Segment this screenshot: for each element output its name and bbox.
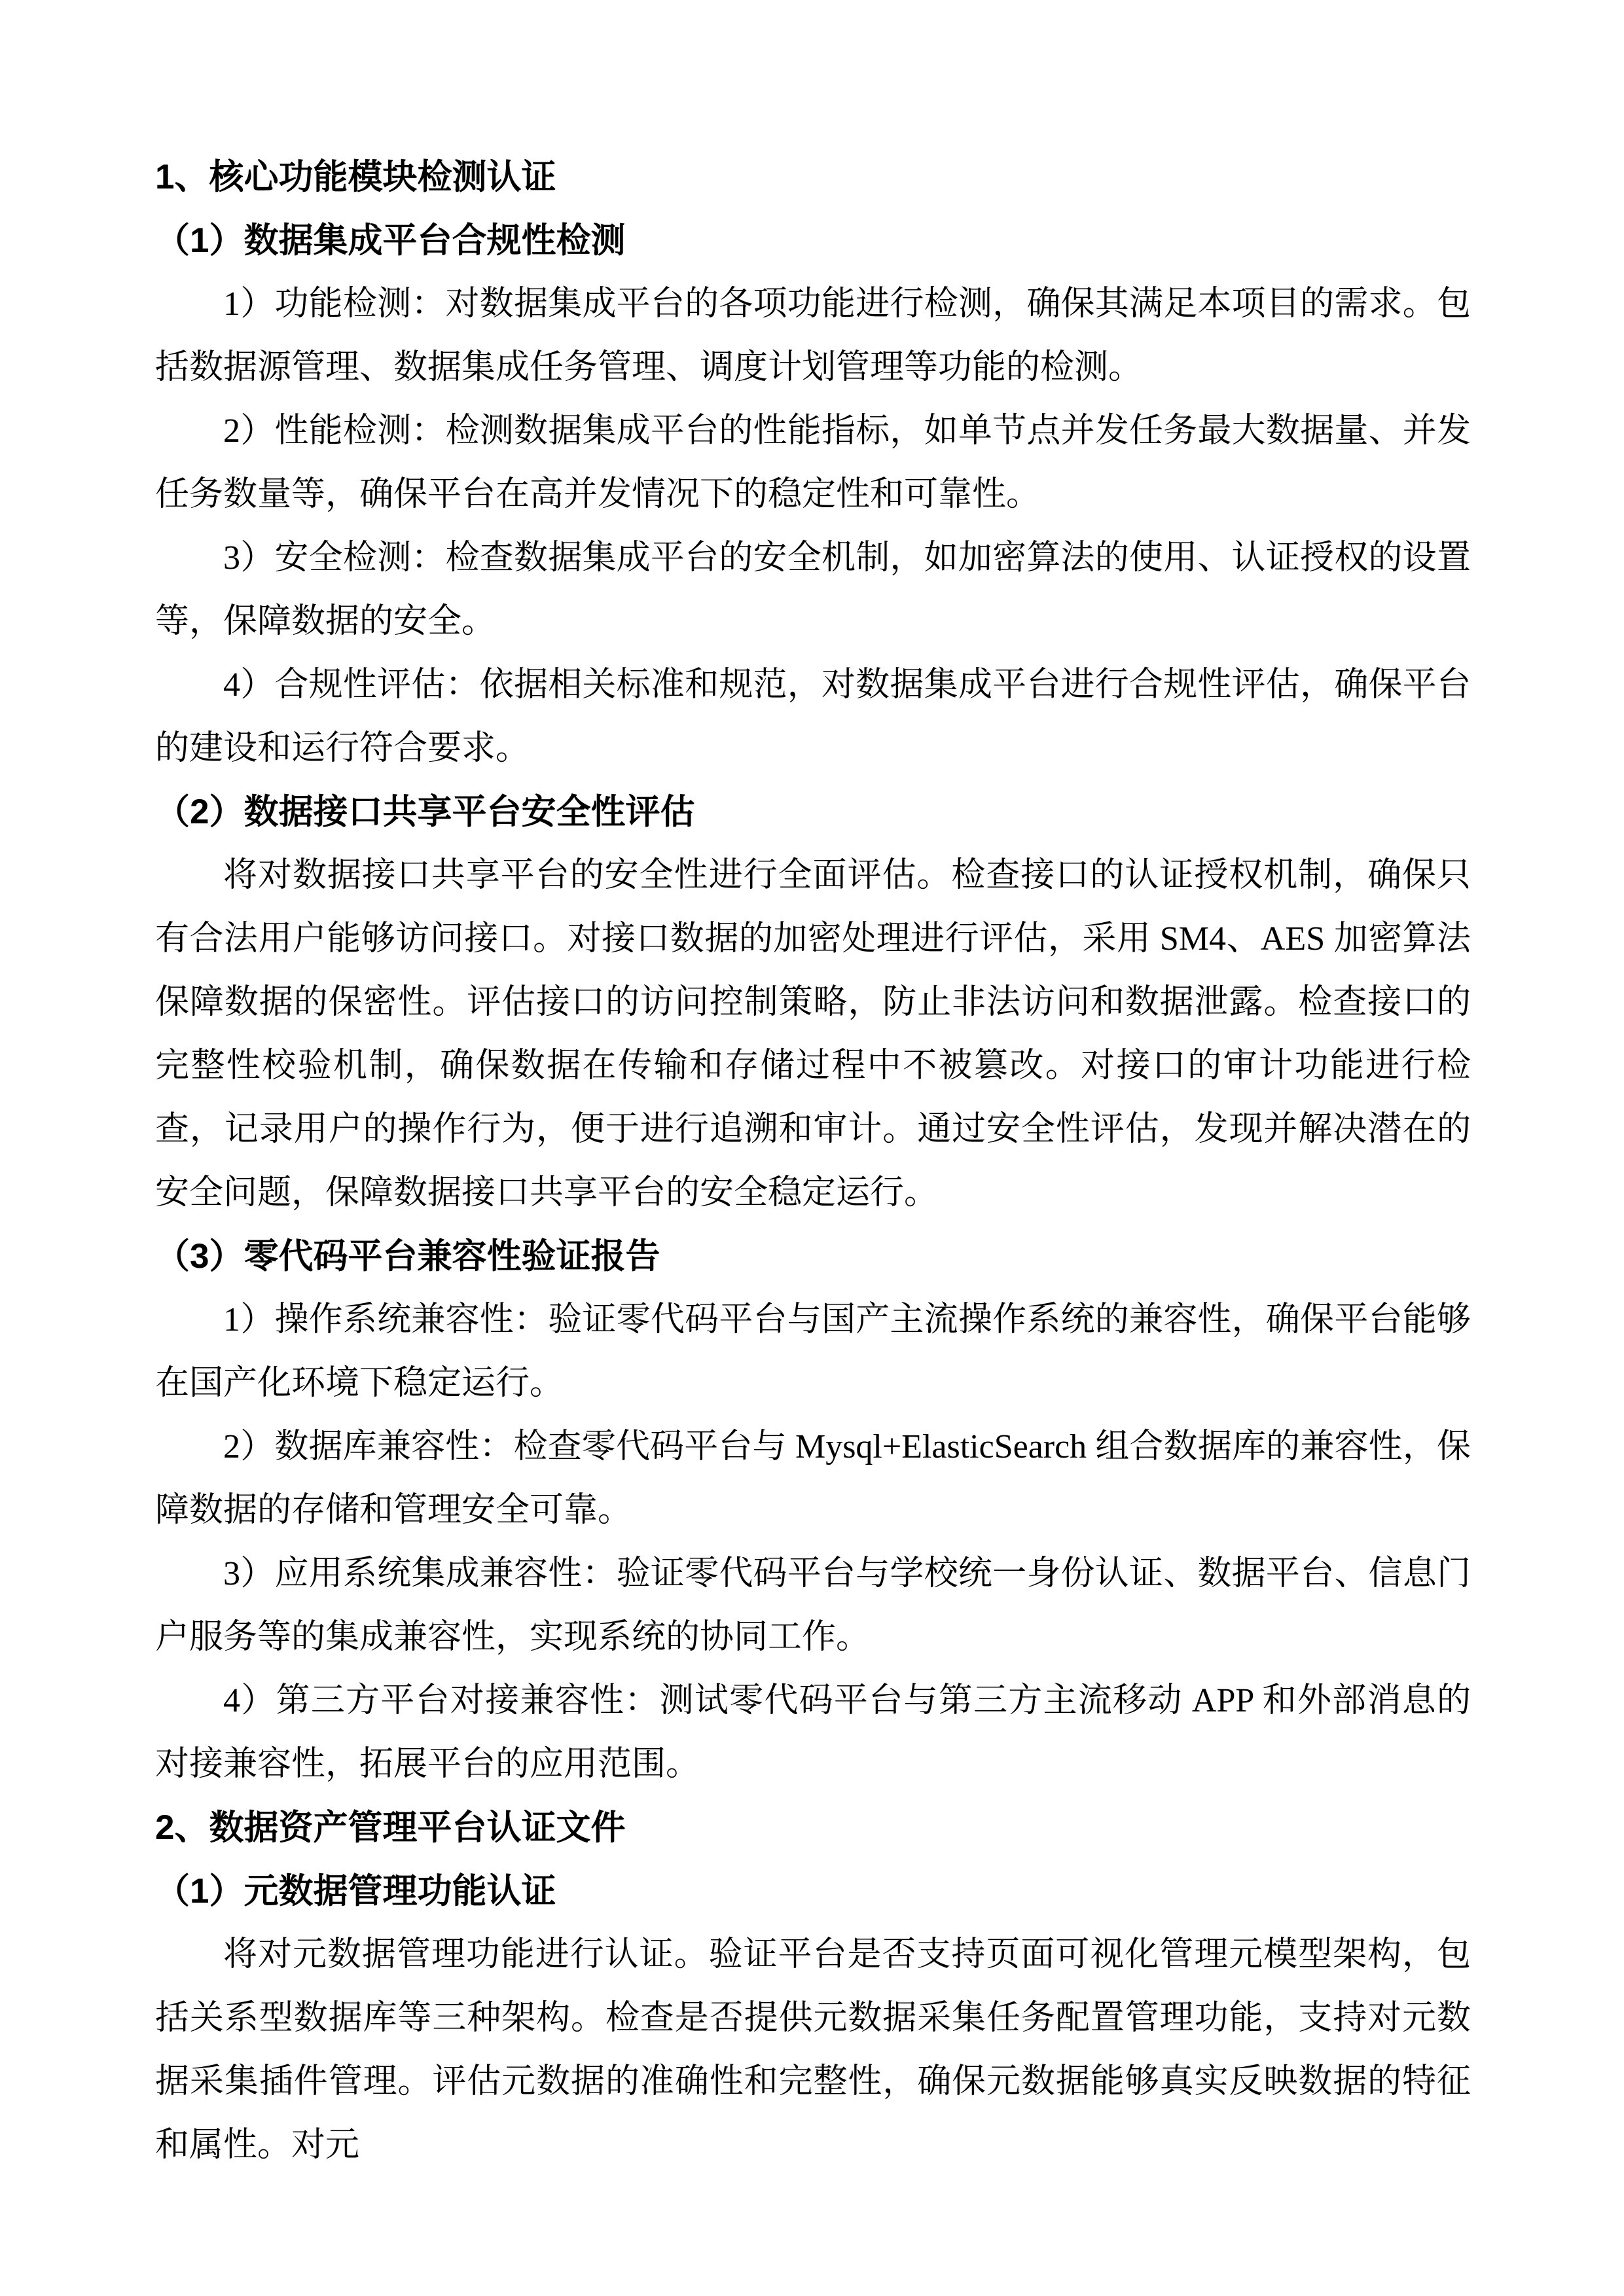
subsection-heading-2-1: （1）元数据管理功能认证 — [155, 1859, 1471, 1923]
paragraph-os-compatibility: 1）操作系统兼容性：验证零代码平台与国产主流操作系统的兼容性，确保平台能够在国产… — [155, 1288, 1471, 1415]
subsection-heading-1-3: （3）零代码平台兼容性验证报告 — [155, 1225, 1471, 1288]
subsection-heading-1-2: （2）数据接口共享平台安全性评估 — [155, 780, 1471, 844]
paragraph-security-test: 3）安全检测：检查数据集成平台的安全机制，如加密算法的使用、认证授权的设置等，保… — [155, 526, 1471, 653]
paragraph-thirdparty-compat: 4）第三方平台对接兼容性：测试零代码平台与第三方主流移动 APP 和外部消息的对… — [155, 1669, 1471, 1796]
paragraph-interface-security: 将对数据接口共享平台的安全性进行全面评估。检查接口的认证授权机制，确保只有合法用… — [155, 844, 1471, 1225]
paragraph-app-integration: 3）应用系统集成兼容性：验证零代码平台与学校统一身份认证、数据平台、信息门户服务… — [155, 1542, 1471, 1669]
document-content: 1、核心功能模块检测认证 （1）数据集成平台合规性检测 1）功能检测：对数据集成… — [155, 145, 1471, 2177]
document-page: 1、核心功能模块检测认证 （1）数据集成平台合规性检测 1）功能检测：对数据集成… — [0, 0, 1624, 2296]
paragraph-db-compatibility: 2）数据库兼容性：检查零代码平台与 Mysql+ElasticSearch 组合… — [155, 1415, 1471, 1542]
paragraph-compliance-eval: 4）合规性评估：依据相关标准和规范，对数据集成平台进行合规性评估，确保平台的建设… — [155, 653, 1471, 780]
paragraph-metadata-cert: 将对元数据管理功能进行认证。验证平台是否支持页面可视化管理元模型架构，包括关系型… — [155, 1923, 1471, 2177]
paragraph-function-test: 1）功能检测：对数据集成平台的各项功能进行检测，确保其满足本项目的需求。包括数据… — [155, 272, 1471, 399]
section-heading-2: 2、数据资产管理平台认证文件 — [155, 1796, 1471, 1859]
section-heading-1: 1、核心功能模块检测认证 — [155, 145, 1471, 209]
subsection-heading-1-1: （1）数据集成平台合规性检测 — [155, 209, 1471, 272]
paragraph-performance-test: 2）性能检测：检测数据集成平台的性能指标，如单节点并发任务最大数据量、并发任务数… — [155, 399, 1471, 526]
